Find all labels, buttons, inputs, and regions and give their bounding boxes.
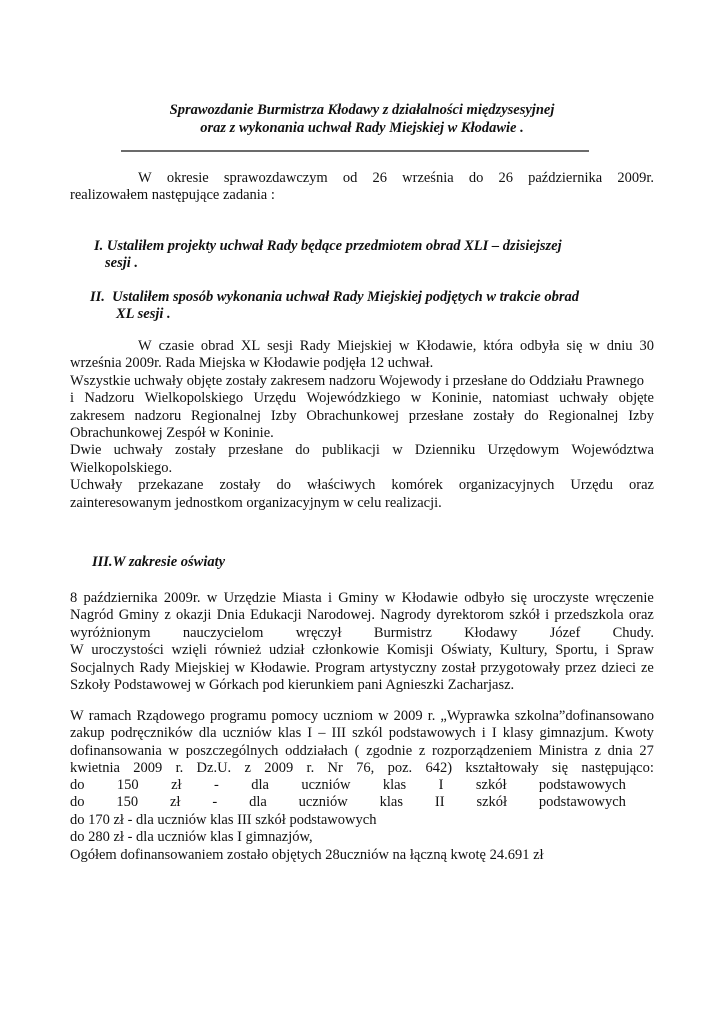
word: uroczyste: [533, 590, 589, 607]
paragraph-line: 8października2009r.wUrzędzieMiastaiGminy…: [70, 590, 654, 607]
word: członkowie: [312, 642, 379, 659]
word: został: [442, 660, 476, 677]
word: zł: [171, 777, 181, 794]
word: r.: [428, 708, 436, 725]
word: (: [355, 743, 360, 760]
word: Edukacji: [250, 607, 302, 624]
word: poz.: [388, 760, 413, 777]
word: „Wyprawka: [440, 708, 509, 725]
word: właściwych: [307, 477, 375, 494]
word: 76,: [356, 760, 374, 777]
word: Regionalnej: [548, 408, 618, 425]
word: szkół: [476, 777, 507, 794]
word: w: [169, 743, 179, 760]
word: publikacji: [322, 442, 380, 459]
section-2-numeral: II.: [90, 289, 105, 305]
word: Wielkopolskiego: [145, 390, 243, 407]
word: programu: [210, 708, 266, 725]
section-3-numeral: III.: [92, 554, 113, 570]
paragraph-line: zakresemnadzoruRegionalnejIzbyObrachunko…: [70, 408, 654, 425]
paragraph-line: SocjalnychRadyMiejskiejwKłodawie.Program…: [70, 660, 654, 677]
word: komórek: [391, 477, 443, 494]
word: pomocy: [271, 708, 318, 725]
word: Koninie,: [432, 390, 482, 407]
word: 2009: [133, 760, 162, 777]
paragraph-line: Wuroczystościwzięlirównieżudziałczłonkow…: [70, 642, 654, 659]
word: dnia: [608, 743, 633, 760]
paragraph-line: zakuppodręcznikówdlauczniówklasI–IIIszkó…: [70, 725, 654, 742]
word: Nagród: [70, 607, 114, 624]
word: szkolna”dofinansowano: [515, 708, 654, 725]
word: Rządowego: [136, 708, 204, 725]
funding-line: Ogółem dofinansowaniem zostało objętych …: [70, 847, 544, 864]
word: podstawowych: [539, 794, 626, 811]
paragraph-line: dofinansowaniawposzczególnychoddziałach(…: [70, 743, 654, 760]
word: Regionalnej: [191, 408, 261, 425]
word: Rady: [300, 338, 331, 355]
word: w: [235, 660, 245, 677]
word: Burmistrz: [374, 625, 432, 642]
word: do: [276, 477, 291, 494]
word: W: [138, 338, 152, 355]
section-3-heading: III.W zakresie oświaty: [92, 554, 225, 572]
funding-row: do150zł-dlauczniówklasIszkółpodstawowych: [70, 777, 626, 794]
word: do: [70, 777, 85, 794]
paragraph-line: wyróżnionymnauczycielomwręczyłBurmistrzK…: [70, 625, 654, 642]
word: przekazane: [138, 477, 203, 494]
word: się: [552, 760, 568, 777]
word: przesłane: [409, 408, 464, 425]
word: okazji: [176, 607, 211, 624]
word: przygotowały: [480, 660, 560, 677]
word: Dzienniku: [415, 442, 475, 459]
word: wzięli: [172, 642, 207, 659]
word: I: [439, 777, 444, 794]
word: 26: [373, 170, 388, 187]
word: artystyczny: [370, 660, 437, 677]
word: klas: [380, 794, 403, 811]
word: z: [419, 743, 425, 760]
word: Wojewódzkiego: [307, 390, 401, 407]
word: 150: [117, 777, 139, 794]
word: Kłodawie.: [250, 660, 310, 677]
word: 2009: [394, 708, 423, 725]
word: Izby: [271, 408, 297, 425]
word: organizacyjnych: [459, 477, 555, 494]
word: oraz: [629, 477, 654, 494]
word: 26: [498, 170, 513, 187]
word: szkół: [509, 607, 540, 624]
word: Urzędzie: [224, 590, 276, 607]
paragraph-line: Wielkopolskiego.: [70, 460, 172, 477]
paragraph-line: Obrachunkowej Zespół w Koninie.: [70, 425, 274, 442]
word: dzieci: [601, 660, 636, 677]
word: XL: [241, 338, 260, 355]
intro-line-1: Wokresiesprawozdawczymod26wrześniado26pa…: [138, 170, 654, 187]
word: i: [70, 390, 74, 407]
word: szkół: [476, 794, 507, 811]
word: która: [483, 338, 513, 355]
word: z: [164, 607, 170, 624]
word: następująco:: [581, 760, 653, 777]
word: ze: [641, 660, 654, 677]
word: Gminy: [338, 590, 378, 607]
paragraph-line: WramachRządowegoprogramupomocyuczniomw20…: [70, 708, 654, 725]
word: dofinansowania: [70, 743, 162, 760]
word: podręczników: [111, 725, 193, 742]
word: w: [207, 590, 217, 607]
word: Miejskiej: [337, 338, 392, 355]
word: uchwały: [559, 390, 608, 407]
section-1-heading: I. Ustaliłem projekty uchwał Rady będące…: [94, 238, 562, 256]
word: się: [566, 338, 582, 355]
word: klasy: [503, 725, 534, 742]
funding-row: do150zł-dlauczniówklasIIszkółpodstawowyc…: [70, 794, 626, 811]
word: zgodnie: [366, 743, 412, 760]
title-underline-rule: [121, 150, 589, 152]
word: objęte: [619, 390, 654, 407]
word: 8: [70, 590, 77, 607]
word: I: [492, 725, 497, 742]
word: Gminy: [119, 607, 159, 624]
word: 2009: [264, 760, 293, 777]
word: do: [524, 408, 539, 425]
word: Józef: [550, 625, 581, 642]
word: dla: [251, 777, 269, 794]
word: Dnia: [217, 607, 245, 624]
word: Chudy.: [613, 625, 654, 642]
word: W: [70, 642, 84, 659]
word: Kłodawy: [464, 625, 517, 642]
funding-line: do 170 zł - dla uczniów klas III szkół p…: [70, 812, 376, 829]
word: w: [385, 590, 395, 607]
paragraph-line: Uchwałyprzekazanezostałydowłaściwychkomó…: [70, 477, 654, 494]
word: I: [307, 725, 312, 742]
word: poszczególnych: [186, 743, 279, 760]
paragraph-line: NagródGminyzokazjiDniaEdukacjiNarodowej.…: [70, 607, 654, 624]
word: Izby: [628, 408, 654, 425]
word: zostały: [473, 408, 514, 425]
word: z: [244, 760, 250, 777]
word: Nr: [328, 760, 343, 777]
word: Oświaty,: [441, 642, 492, 659]
paragraph-line: iNadzoruWielkopolskiegoUrzęduWojewódzkie…: [70, 390, 654, 407]
section-3-heading-line-1: W zakresie oświaty: [113, 554, 226, 570]
word: oraz: [629, 607, 654, 624]
word: Urzędu: [254, 390, 297, 407]
section-1-numeral: I.: [94, 238, 103, 254]
word: III: [332, 725, 347, 742]
word: z: [595, 743, 601, 760]
word: wyróżnionym: [70, 625, 151, 642]
word: Dz.U.: [197, 760, 232, 777]
word: przedszkola: [554, 607, 623, 624]
word: Urzędowym: [488, 442, 560, 459]
word: w: [411, 390, 421, 407]
word: Ministra: [539, 743, 588, 760]
word: dyrektorom: [436, 607, 504, 624]
intro-line-2: realizowałem następujące zadania :: [70, 187, 275, 204]
word: wręczył: [296, 625, 342, 642]
funding-line: do 280 zł - dla uczniów klas I gimnazjów…: [70, 829, 313, 846]
word: klas: [383, 777, 406, 794]
word: do: [295, 442, 310, 459]
word: do: [469, 170, 484, 187]
word: 642): [425, 760, 452, 777]
word: wręczenie: [595, 590, 654, 607]
word: w: [378, 708, 388, 725]
word: do: [70, 794, 85, 811]
word: i: [328, 590, 332, 607]
paragraph-line: września 2009r. Rada Miejska w Kłodawie …: [70, 355, 433, 372]
word: Nadzoru: [84, 390, 134, 407]
word: Dwie: [70, 442, 101, 459]
word: i: [605, 642, 609, 659]
word: kwietnia: [70, 760, 120, 777]
word: 150: [116, 794, 138, 811]
word: odbyła: [520, 338, 559, 355]
word: okresie: [167, 170, 209, 187]
paragraph-line: zainteresowanym jednostkom organizacyjny…: [70, 495, 442, 512]
word: Rady: [139, 660, 170, 677]
word: uchwały: [114, 442, 163, 459]
word: odbyło: [464, 590, 504, 607]
word: ramach: [89, 708, 132, 725]
word: uroczystości: [91, 642, 163, 659]
word: r.: [307, 760, 315, 777]
section-2-heading-line-2: XL sesji .: [116, 306, 171, 324]
word: obrad: [201, 338, 234, 355]
word: W: [70, 708, 84, 725]
word: Kwoty: [614, 725, 653, 742]
word: zostały: [175, 442, 216, 459]
word: nadzoru: [135, 408, 182, 425]
word: i: [545, 607, 549, 624]
word: dniu: [607, 338, 633, 355]
word: Miasta: [282, 590, 321, 607]
word: zł: [170, 794, 180, 811]
paragraph-line: Szkoły Podstawowej w Górkach pod kierunk…: [70, 677, 514, 694]
word: podstawowych: [539, 777, 626, 794]
word: natomiast: [492, 390, 548, 407]
section-2-heading: II. Ustaliłem sposób wykonania uchwał Ra…: [90, 289, 579, 307]
paragraph-line: Wszystkie uchwały objęte zostały zakrese…: [70, 373, 644, 390]
word: Urzędu: [570, 477, 613, 494]
word: W: [138, 170, 152, 187]
document-title-line-2: oraz z wykonania uchwał Rady Miejskiej w…: [0, 119, 724, 137]
word: uczniów: [299, 794, 348, 811]
paragraph-line: Dwieuchwałyzostałyprzesłanedopublikacjiw…: [70, 442, 654, 459]
word: Sportu,: [555, 642, 597, 659]
word: uczniów: [223, 725, 272, 742]
word: przesłane: [228, 442, 283, 459]
word: r.: [176, 760, 184, 777]
word: października: [84, 590, 158, 607]
word: Kłodawie: [402, 590, 458, 607]
word: Spraw: [617, 642, 654, 659]
word: nauczycielom: [183, 625, 264, 642]
word: uczniom: [323, 708, 373, 725]
word: Województwa: [571, 442, 654, 459]
word: Kłodawie,: [416, 338, 476, 355]
word: i: [482, 725, 486, 742]
word: szkól: [352, 725, 383, 742]
word: oddziałach: [285, 743, 348, 760]
section-1-heading-line-2: sesji .: [105, 255, 138, 273]
word: kształtowały: [465, 760, 538, 777]
word: II: [435, 794, 445, 811]
word: klas: [278, 725, 301, 742]
word: Nagrody: [380, 607, 431, 624]
word: -: [214, 777, 219, 794]
word: –: [318, 725, 325, 742]
word: 2009r.: [617, 170, 654, 187]
word: 27: [639, 743, 654, 760]
word: od: [343, 170, 358, 187]
section-1-heading-line-1: Ustaliłem projekty uchwał Rady będące pr…: [107, 238, 562, 254]
word: dla: [199, 725, 217, 742]
word: Socjalnych: [70, 660, 134, 677]
word: w: [392, 442, 402, 459]
word: Narodowej.: [307, 607, 375, 624]
word: się: [511, 590, 527, 607]
section-2-heading-line-1: Ustaliłem sposób wykonania uchwał Rady M…: [112, 289, 579, 305]
word: dla: [249, 794, 267, 811]
word: 30: [639, 338, 654, 355]
word: zakup: [70, 725, 105, 742]
word: przez: [565, 660, 596, 677]
paragraph-line: WczasieobradXLsesjiRadyMiejskiejwKłodawi…: [138, 338, 654, 355]
document-title-line-1: Sprawozdanie Burmistrza Kłodawy z działa…: [0, 101, 724, 119]
word: Uchwały: [70, 477, 122, 494]
paragraph-line: kwietnia2009r.Dz.U.z2009r.Nr76,poz.642)k…: [70, 760, 654, 777]
word: października: [528, 170, 602, 187]
word: uczniów: [301, 777, 350, 794]
word: -: [212, 794, 217, 811]
word: Program: [315, 660, 365, 677]
word: września: [402, 170, 454, 187]
word: również: [215, 642, 262, 659]
word: Obrachunkowej: [306, 408, 399, 425]
word: w: [589, 338, 599, 355]
word: podstawowych: [389, 725, 476, 742]
word: czasie: [159, 338, 194, 355]
word: Miejskiej: [175, 660, 230, 677]
word: Kultury,: [500, 642, 548, 659]
word: udział: [269, 642, 304, 659]
word: rozporządzeniem: [432, 743, 532, 760]
word: gimnazjum.: [539, 725, 608, 742]
word: w: [399, 338, 409, 355]
word: sesji: [267, 338, 293, 355]
word: Komisji: [387, 642, 434, 659]
word: sprawozdawczym: [224, 170, 328, 187]
word: zostały: [219, 477, 260, 494]
word: zakresem: [70, 408, 125, 425]
word: 2009r.: [164, 590, 201, 607]
